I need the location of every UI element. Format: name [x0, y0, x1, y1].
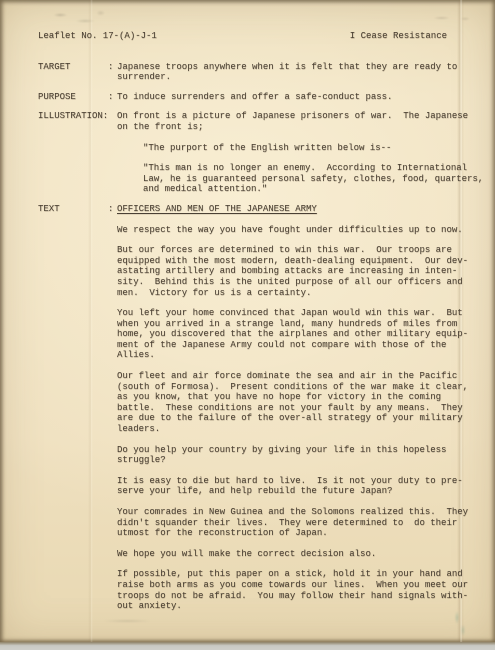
- typewritten-content: Leaflet No. 17-(A)-J-1 I Cease Resistanc…: [38, 31, 471, 621]
- field-separator: :: [108, 62, 117, 73]
- field-entry: TARGET:Japanese troops anywhere when it …: [38, 62, 471, 83]
- text-line: and medical attention.": [143, 184, 471, 195]
- text-line: ment of the Japanese Army could not comp…: [117, 340, 471, 351]
- text-line: struggle?: [117, 455, 471, 466]
- paragraph: But our forces are determined to win thi…: [117, 245, 471, 298]
- text-line: Japanese troops anywhere when it is felt…: [117, 62, 471, 73]
- document-entries: TARGET:Japanese troops anywhere when it …: [38, 62, 471, 612]
- paragraph: "The purport of the English written belo…: [143, 143, 471, 154]
- text-line: surrender.: [117, 72, 471, 83]
- text-line: OFFICERS AND MEN OF THE JAPANESE ARMY: [117, 204, 471, 215]
- text-line: "The purport of the English written belo…: [143, 143, 471, 154]
- text-line: Your comrades in New Guinea and the Solo…: [117, 507, 471, 518]
- field-entry: TEXT:OFFICERS AND MEN OF THE JAPANESE AR…: [38, 204, 471, 612]
- paragraph: To induce surrenders and offer a safe-co…: [117, 92, 471, 103]
- text-line: raise both arms as you come towards our …: [117, 580, 471, 591]
- scanned-leaflet-document: Leaflet No. 17-(A)-J-1 I Cease Resistanc…: [0, 0, 495, 650]
- text-line: leaders.: [117, 424, 471, 435]
- field-content: OFFICERS AND MEN OF THE JAPANESE ARMYWe …: [117, 204, 471, 612]
- field-content: Japanese troops anywhere when it is felt…: [117, 62, 471, 83]
- text-line: are due to the failure of the over-all s…: [117, 413, 471, 424]
- field-entry: ILLUSTRATION:On front is a picture of Ja…: [38, 111, 471, 195]
- text-line: astating artillery and bombing attacks a…: [117, 266, 471, 277]
- text-line: Our fleet and air force dominate the sea…: [117, 371, 471, 382]
- field-content: On front is a picture of Japanese prison…: [117, 111, 471, 195]
- text-line: You left your home convinced that Japan …: [117, 308, 471, 319]
- field-label: PURPOSE: [38, 92, 108, 103]
- paper-sheet: Leaflet No. 17-(A)-J-1 I Cease Resistanc…: [0, 0, 495, 642]
- text-line: out anxiety.: [117, 601, 471, 612]
- paragraph: We respect the way you have fought under…: [117, 225, 471, 236]
- text-line: sity. Behind this is the united purpose …: [117, 277, 471, 288]
- series-title: I Cease Resistance: [350, 31, 447, 42]
- leaflet-number: Leaflet No. 17-(A)-J-1: [38, 31, 157, 42]
- text-line: (south of Formosa). Present conditions o…: [117, 382, 471, 393]
- text-line: as you know, that you have no hope for v…: [117, 392, 471, 403]
- paragraph: It is easy to die but hard to live. Is i…: [117, 476, 471, 497]
- paragraph: Japanese troops anywhere when it is felt…: [117, 62, 471, 83]
- text-line: If possible, put this paper on a stick, …: [117, 569, 471, 580]
- text-line: utmost for the reconstruction of Japan.: [117, 528, 471, 539]
- field-separator: :: [108, 92, 117, 103]
- text-line: Law, he is guaranteed personal safety, c…: [143, 174, 471, 185]
- text-line: But our forces are determined to win thi…: [117, 245, 471, 256]
- text-line: troops do not be afraid. You may follow …: [117, 591, 471, 602]
- paragraph: You left your home convinced that Japan …: [117, 308, 471, 361]
- text-line: Allies.: [117, 350, 471, 361]
- field-content: To induce surrenders and offer a safe-co…: [117, 92, 471, 103]
- text-line: didn't squander their lives. They were d…: [117, 518, 471, 529]
- paragraph: Your comrades in New Guinea and the Solo…: [117, 507, 471, 539]
- field-label: ILLUSTRATION:: [38, 111, 108, 122]
- text-line: when you arrived in a strange land, many…: [117, 319, 471, 330]
- text-line: home, you discovered that the airplanes …: [117, 329, 471, 340]
- scanner-background-strip: [0, 642, 495, 650]
- text-line: On front is a picture of Japanese prison…: [117, 111, 471, 122]
- text-line: on the front is;: [117, 122, 471, 133]
- pencil-smudge-top-right: [426, 10, 478, 26]
- section-heading: OFFICERS AND MEN OF THE JAPANESE ARMY: [117, 204, 471, 215]
- text-line: We respect the way you have fought under…: [117, 225, 471, 236]
- paragraph: On front is a picture of Japanese prison…: [117, 111, 471, 132]
- text-line: "This man is no longer an enemy. Accordi…: [143, 163, 471, 174]
- text-line: It is easy to die but hard to live. Is i…: [117, 476, 471, 487]
- field-label: TARGET: [38, 62, 108, 73]
- paragraph: We hope you will make the correct decisi…: [117, 549, 471, 560]
- field-entry: PURPOSE:To induce surrenders and offer a…: [38, 92, 471, 103]
- field-label: TEXT: [38, 204, 108, 215]
- text-line: men. Victory for us is a certainty.: [117, 288, 471, 299]
- text-line: We hope you will make the correct decisi…: [117, 549, 471, 560]
- paragraph: If possible, put this paper on a stick, …: [117, 569, 471, 611]
- text-line: To induce surrenders and offer a safe-co…: [117, 92, 471, 103]
- text-line: serve your life, and help rebuild the fu…: [117, 486, 471, 497]
- document-header: Leaflet No. 17-(A)-J-1 I Cease Resistanc…: [38, 31, 471, 42]
- paragraph: Do you help your country by giving your …: [117, 445, 471, 466]
- text-line: battle. These conditions are not your fa…: [117, 403, 471, 414]
- field-separator: :: [108, 204, 117, 215]
- paragraph: "This man is no longer an enemy. Accordi…: [143, 163, 471, 195]
- text-line: equipped with the most modern, death-dea…: [117, 256, 471, 267]
- pencil-smudge-top-left: [48, 7, 110, 27]
- text-line: Do you help your country by giving your …: [117, 445, 471, 456]
- paragraph: Our fleet and air force dominate the sea…: [117, 371, 471, 435]
